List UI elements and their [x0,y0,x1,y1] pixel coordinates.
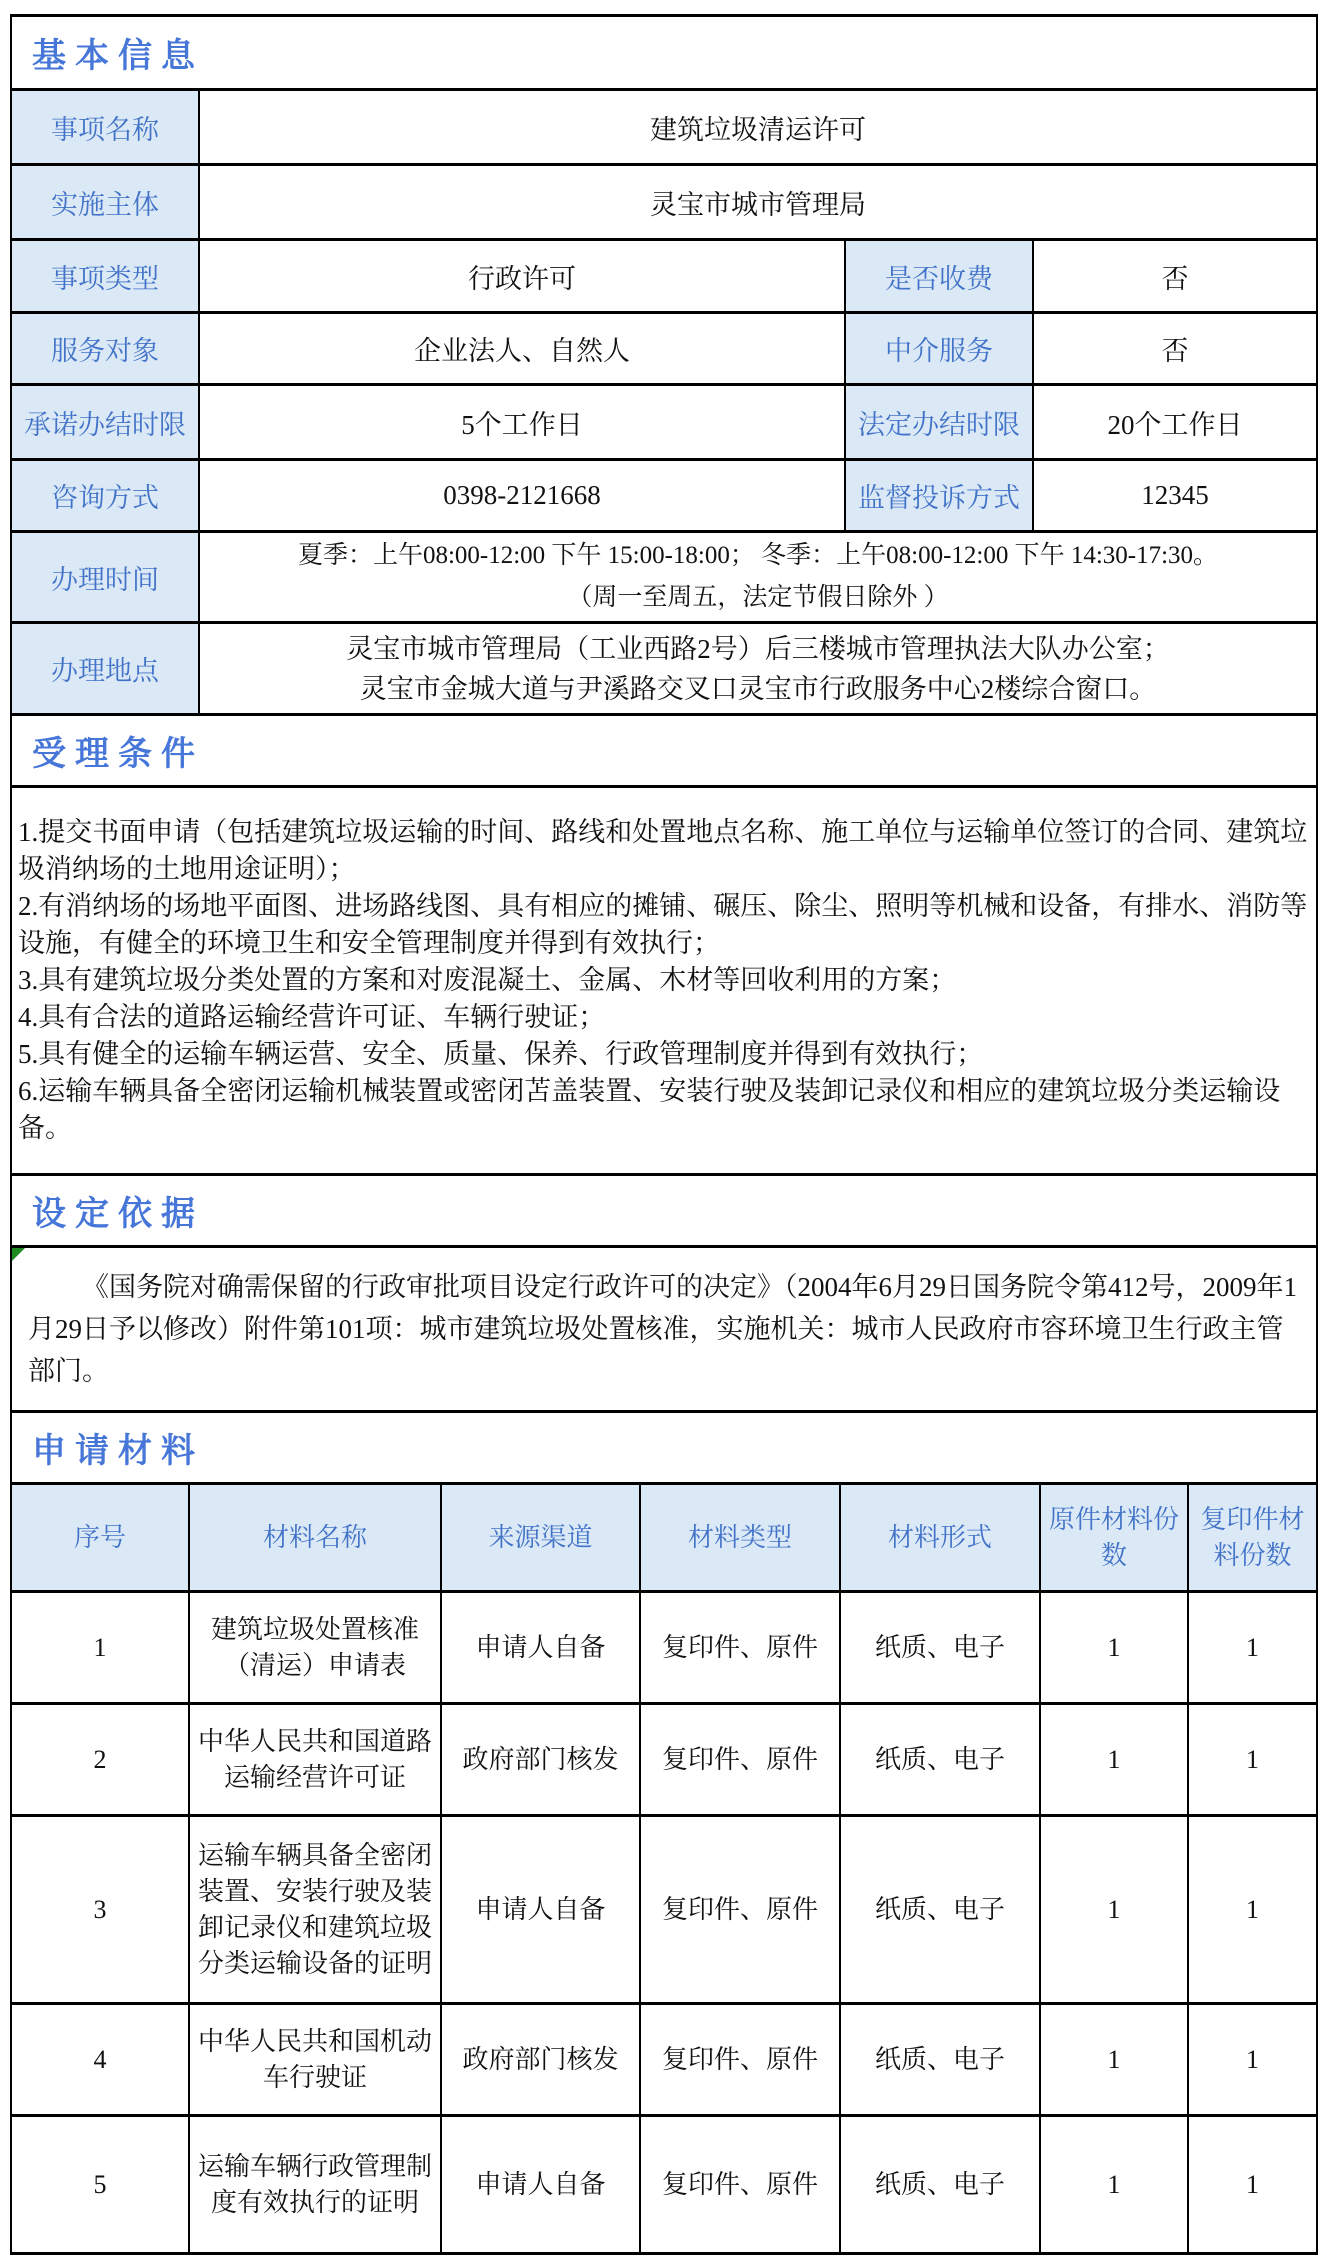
row-consult-method: 咨询方式 0398-2121668 监督投诉方式 12345 [11,460,1317,532]
materials-row-1: 1 建筑垃圾处置核准（清运）申请表 申请人自备 复印件、原件 纸质、电子 1 1 [11,1592,1317,1704]
office-location-line2: 灵宝市金城大道与尹溪路交叉口灵宝市行政服务中心2楼综合窗口。 [206,669,1310,709]
cell-corner-flag-icon [12,1248,25,1261]
material-source: 申请人自备 [441,1816,640,2004]
material-name: 建筑垃圾处置核准（清运）申请表 [189,1592,441,1704]
material-source: 政府部门核发 [441,2004,640,2116]
office-location-line1: 灵宝市城市管理局（工业西路2号）后三楼城市管理执法大队办公室； [206,629,1310,669]
material-originals-count: 1 [1040,1816,1188,2004]
material-no: 3 [11,1816,189,2004]
materials-col-header-no: 序号 [11,1484,189,1592]
material-type: 复印件、原件 [640,1816,840,2004]
material-originals-count: 1 [1040,1592,1188,1704]
row-implementing-body: 实施主体 灵宝市城市管理局 [11,165,1317,240]
condition-item-4: 4.具有合法的道路运输经营许可证、车辆行驶证； [18,999,1308,1036]
material-type: 复印件、原件 [640,1592,840,1704]
row-service-target: 服务对象 企业法人、自然人 中介服务 否 [11,313,1317,385]
field-value-promised-time-limit: 5个工作日 [199,385,845,460]
field-value-item-name: 建筑垃圾清运许可 [199,90,1317,165]
field-value-consult-phone: 0398-2121668 [199,460,845,532]
field-value-office-hours: 夏季：上午08:00-12:00 下午 15:00-18:00； 冬季：上午08… [199,532,1317,623]
row-promised-time-limit: 承诺办结时限 5个工作日 法定办结时限 20个工作日 [11,385,1317,460]
material-type: 复印件、原件 [640,1704,840,1816]
material-source: 政府部门核发 [441,1704,640,1816]
material-form: 纸质、电子 [840,2004,1040,2116]
condition-item-6: 6.运输车辆具备全密闭运输机械装置或密闭苫盖装置、安装行驶及装卸记录仪和相应的建… [18,1073,1308,1147]
row-office-location: 办理地点 灵宝市城市管理局（工业西路2号）后三楼城市管理执法大队办公室； 灵宝市… [11,623,1317,715]
material-copies-count: 1 [1188,1592,1317,1704]
office-hours-line2: （周一至周五，法定节假日除外 ） [206,577,1310,619]
row-office-hours: 办理时间 夏季：上午08:00-12:00 下午 15:00-18:00； 冬季… [11,532,1317,623]
field-label-item-name: 事项名称 [11,90,199,165]
field-label-item-type: 事项类型 [11,240,199,313]
materials-col-header-source: 来源渠道 [441,1484,640,1592]
materials-row-2: 2 中华人民共和国道路运输经营许可证 政府部门核发 复印件、原件 纸质、电子 1… [11,1704,1317,1816]
material-copies-count: 1 [1188,1704,1317,1816]
material-copies-count: 1 [1188,2116,1317,2254]
material-originals-count: 1 [1040,2004,1188,2116]
field-label-intermediary-service: 中介服务 [845,313,1033,385]
materials-col-header-name: 材料名称 [189,1484,441,1592]
field-value-office-location: 灵宝市城市管理局（工业西路2号）后三楼城市管理执法大队办公室； 灵宝市金城大道与… [199,623,1317,715]
condition-item-3: 3.具有建筑垃圾分类处置的方案和对废混凝土、金属、木材等回收利用的方案； [18,962,1308,999]
material-copies-count: 1 [1188,1816,1317,2004]
field-label-legal-time-limit: 法定办结时限 [845,385,1033,460]
material-name: 中华人民共和国道路运输经营许可证 [189,1704,441,1816]
material-no: 4 [11,2004,189,2116]
field-value-legal-time-limit: 20个工作日 [1033,385,1317,460]
row-setting-basis: 《国务院对确需保留的行政审批项目设定行政许可的决定》（2004年6月29日国务院… [11,1247,1317,1412]
row-item-type: 事项类型 行政许可 是否收费 否 [11,240,1317,313]
application-materials-table: 序号 材料名称 来源渠道 材料类型 材料形式 原件材料份数 复印件材料份数 1 … [10,1482,1318,2255]
field-label-consult-method: 咨询方式 [11,460,199,532]
material-type: 复印件、原件 [640,2116,840,2254]
materials-header-row: 序号 材料名称 来源渠道 材料类型 材料形式 原件材料份数 复印件材料份数 [11,1484,1317,1592]
setting-basis-content: 《国务院对确需保留的行政审批项目设定行政许可的决定》（2004年6月29日国务院… [11,1247,1317,1412]
field-value-is-charged: 否 [1033,240,1317,313]
field-value-service-target: 企业法人、自然人 [199,313,845,385]
field-value-item-type: 行政许可 [199,240,845,313]
acceptance-conditions-content: 1.提交书面申请（包括建筑垃圾运输的时间、路线和处置地点名称、施工单位与运输单位… [11,787,1317,1175]
section-title-application-materials: 申请材料 [11,1412,1317,1484]
field-value-supervision-hotline: 12345 [1033,460,1317,532]
material-no: 2 [11,1704,189,1816]
material-name: 中华人民共和国机动车行驶证 [189,2004,441,2116]
materials-col-header-form: 材料形式 [840,1484,1040,1592]
setting-basis-text: 《国务院对确需保留的行政审批项目设定行政许可的决定》（2004年6月29日国务院… [28,1266,1300,1392]
material-type: 复印件、原件 [640,2004,840,2116]
condition-item-2: 2.有消纳场的场地平面图、进场路线图、具有相应的摊铺、碾压、除尘、照明等机械和设… [18,888,1308,962]
material-form: 纸质、电子 [840,1592,1040,1704]
field-label-implementing-body: 实施主体 [11,165,199,240]
material-name: 运输车辆具备全密闭装置、安装行驶及装卸记录仪和建筑垃圾分类运输设备的证明 [189,1816,441,2004]
section-title-basic-info: 基本信息 [11,16,1317,90]
material-copies-count: 1 [1188,2004,1317,2116]
materials-row-5: 5 运输车辆行政管理制度有效执行的证明 申请人自备 复印件、原件 纸质、电子 1… [11,2116,1317,2254]
condition-item-1: 1.提交书面申请（包括建筑垃圾运输的时间、路线和处置地点名称、施工单位与运输单位… [18,814,1308,888]
material-form: 纸质、电子 [840,2116,1040,2254]
row-item-name: 事项名称 建筑垃圾清运许可 [11,90,1317,165]
field-label-promised-time-limit: 承诺办结时限 [11,385,199,460]
materials-row-3: 3 运输车辆具备全密闭装置、安装行驶及装卸记录仪和建筑垃圾分类运输设备的证明 申… [11,1816,1317,2004]
material-no: 5 [11,2116,189,2254]
field-label-office-location: 办理地点 [11,623,199,715]
field-value-implementing-body: 灵宝市城市管理局 [199,165,1317,240]
materials-col-header-copies: 复印件材料份数 [1188,1484,1317,1592]
section-title-setting-basis: 设定依据 [11,1175,1317,1247]
material-form: 纸质、电子 [840,1704,1040,1816]
condition-item-5: 5.具有健全的运输车辆运营、安全、质量、保养、行政管理制度并得到有效执行； [18,1036,1308,1073]
row-acceptance-conditions: 1.提交书面申请（包括建筑垃圾运输的时间、路线和处置地点名称、施工单位与运输单位… [11,787,1317,1175]
materials-col-header-originals: 原件材料份数 [1040,1484,1188,1592]
material-originals-count: 1 [1040,1704,1188,1816]
material-name: 运输车辆行政管理制度有效执行的证明 [189,2116,441,2254]
field-label-is-charged: 是否收费 [845,240,1033,313]
materials-col-header-type: 材料类型 [640,1484,840,1592]
material-no: 1 [11,1592,189,1704]
office-hours-line1: 夏季：上午08:00-12:00 下午 15:00-18:00； 冬季：上午08… [206,535,1310,577]
field-value-intermediary-service: 否 [1033,313,1317,385]
field-label-service-target: 服务对象 [11,313,199,385]
material-source: 申请人自备 [441,1592,640,1704]
service-info-document: 基本信息 事项名称 建筑垃圾清运许可 实施主体 灵宝市城市管理局 事项类型 行政… [10,14,1316,2255]
material-originals-count: 1 [1040,2116,1188,2254]
field-label-supervision-complaint: 监督投诉方式 [845,460,1033,532]
field-label-office-hours: 办理时间 [11,532,199,623]
materials-row-4: 4 中华人民共和国机动车行驶证 政府部门核发 复印件、原件 纸质、电子 1 1 [11,2004,1317,2116]
material-source: 申请人自备 [441,2116,640,2254]
material-form: 纸质、电子 [840,1816,1040,2004]
section-title-acceptance-conditions: 受理条件 [11,715,1317,787]
basic-info-table: 基本信息 事项名称 建筑垃圾清运许可 实施主体 灵宝市城市管理局 事项类型 行政… [10,14,1318,1485]
